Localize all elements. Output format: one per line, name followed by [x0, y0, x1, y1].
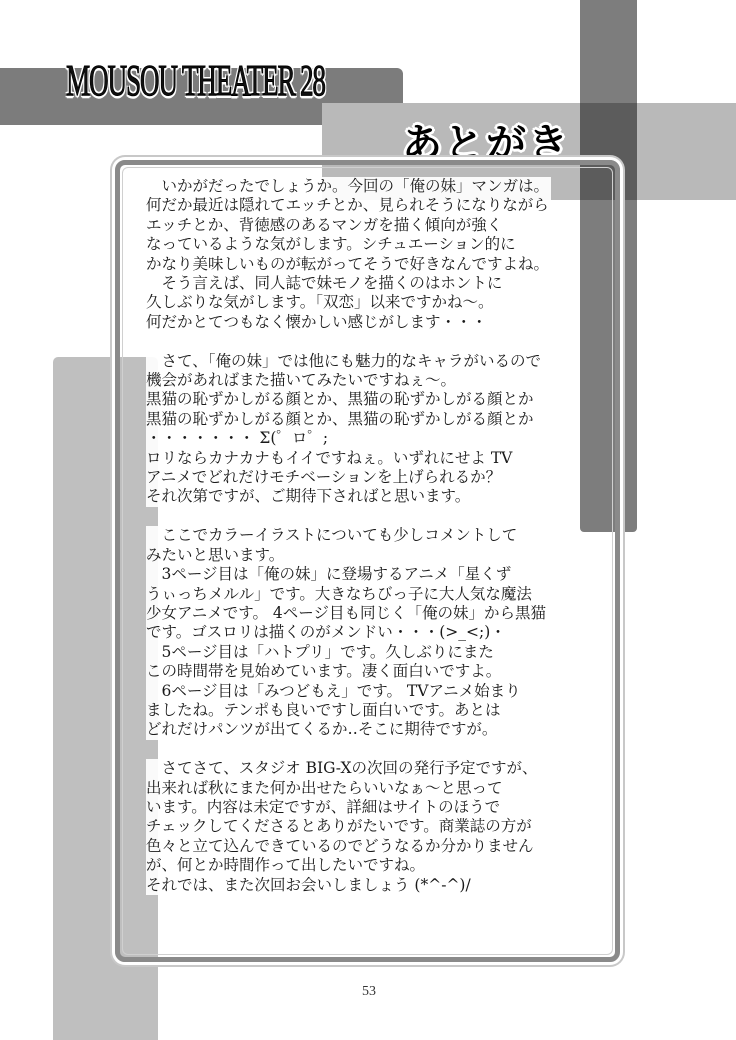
text-line: 6ページ目は「みつどもえ」です。 TVアニメ始まり: [146, 682, 523, 701]
text-line: 黒猫の恥ずかしがる顔とか、黒猫の恥ずかしがる顔とか: [146, 390, 536, 409]
text-line: 5ページ目は「ハトプリ」です。久しぶりにまた: [146, 643, 496, 662]
text-line: 少女アニメです。 4ページ目も同じく「俺の妹」から黒猫: [146, 604, 548, 623]
text-line: さてさて、スタジオ BIG-Xの次回の発行予定ですが、: [146, 759, 540, 778]
text-line: が、何とか時間作って出したいですね。: [146, 856, 427, 875]
text-line: さて、「俺の妹」では他にも魅力的なキャラがいるので: [146, 352, 543, 371]
text-line: アニメでどれだけモチベーションを上げられるか？: [146, 468, 503, 487]
paragraph-3: ここでカラーイラストについても少しコメントして みたいと思います。 3ページ目は…: [146, 526, 596, 739]
text-line: ここでカラーイラストについても少しコメントして: [146, 526, 519, 545]
text-line: どれだけパンツが出てくるか‥そこに期待ですが。: [146, 720, 499, 739]
text-line: です。ゴスロリは描くのがメンドい・・・(>_<;)・: [146, 623, 508, 642]
text-line: エッチとか、背徳感のあるマンガを描く傾向が強く: [146, 216, 504, 235]
paragraph-2: さて、「俺の妹」では他にも魅力的なキャラがいるので 機会があればまた描いてみたい…: [146, 352, 596, 507]
text-line: 久しぶりな気がします。「双恋」以来ですかね～。: [146, 293, 496, 312]
paragraph-1: いかがだったでしょうか。今回の「俺の妹」マンガは。 何だか最近は隠れてエッチとか…: [146, 177, 596, 332]
text-line: 色々と立て込んできているのでどうなるか分かりません: [146, 837, 536, 856]
text-line: ましたね。テンポも良いですし面白いです。あとは: [146, 701, 503, 720]
text-line: 3ページ目は「俺の妹」に登場するアニメ「星くず: [146, 565, 513, 584]
text-line: うぃっちメルル」です。大きなちびっ子に大人気な魔法: [146, 585, 534, 604]
text-line: かなり美味しいものが転がってそうで好きなんですよね。: [146, 255, 551, 274]
text-line: この時間帯を見始めています。凄く面白いですよ。: [146, 662, 503, 681]
text-line: それ次第ですが、ご期待下さればと思います。: [146, 487, 472, 506]
text-line: います。内容は未定ですが、詳細はサイトのほうで: [146, 798, 502, 817]
text-line: ロリならカナカナもイイですねぇ。いずれにせよ TV: [146, 449, 514, 468]
text-line: それでは、また次回お会いしましょう (*^-^)/: [146, 876, 473, 895]
text-line: みたいと思います。: [146, 546, 286, 565]
text-line: いかがだったでしょうか。今回の「俺の妹」マンガは。: [146, 177, 551, 196]
text-line: 出来れば秋にまた何か出せたらいいなぁ～と思って: [146, 779, 505, 798]
text-line: そう言えば、同人誌で妹モノを描くのはホントに: [146, 274, 504, 293]
text-line: 何だか最近は隠れてエッチとか、見られそうになりながら: [146, 196, 551, 215]
afterword-body: いかがだったでしょうか。今回の「俺の妹」マンガは。 何だか最近は隠れてエッチとか…: [146, 177, 596, 914]
paragraph-4: さてさて、スタジオ BIG-Xの次回の発行予定ですが、 出来れば秋にまた何か出せ…: [146, 759, 596, 895]
text-line: ・・・・・・・ Σ(゜ロ゜;: [146, 429, 330, 448]
text-line: 機会があればまた描いてみたいですねぇ～。: [146, 371, 458, 390]
text-line: なっているような気がします。シチュエーション的に: [146, 235, 518, 254]
text-line: 何だかとてつもなく懐かしい感じがします・・・: [146, 313, 489, 332]
page-number: 53: [362, 984, 376, 1000]
text-line: チェックしてくださるとありがたいです。商業誌の方が: [146, 817, 534, 836]
text-line: 黒猫の恥ずかしがる顔とか、黒猫の恥ずかしがる顔とか: [146, 410, 536, 429]
page-title: MOUSOU THEATER 28: [66, 55, 325, 106]
